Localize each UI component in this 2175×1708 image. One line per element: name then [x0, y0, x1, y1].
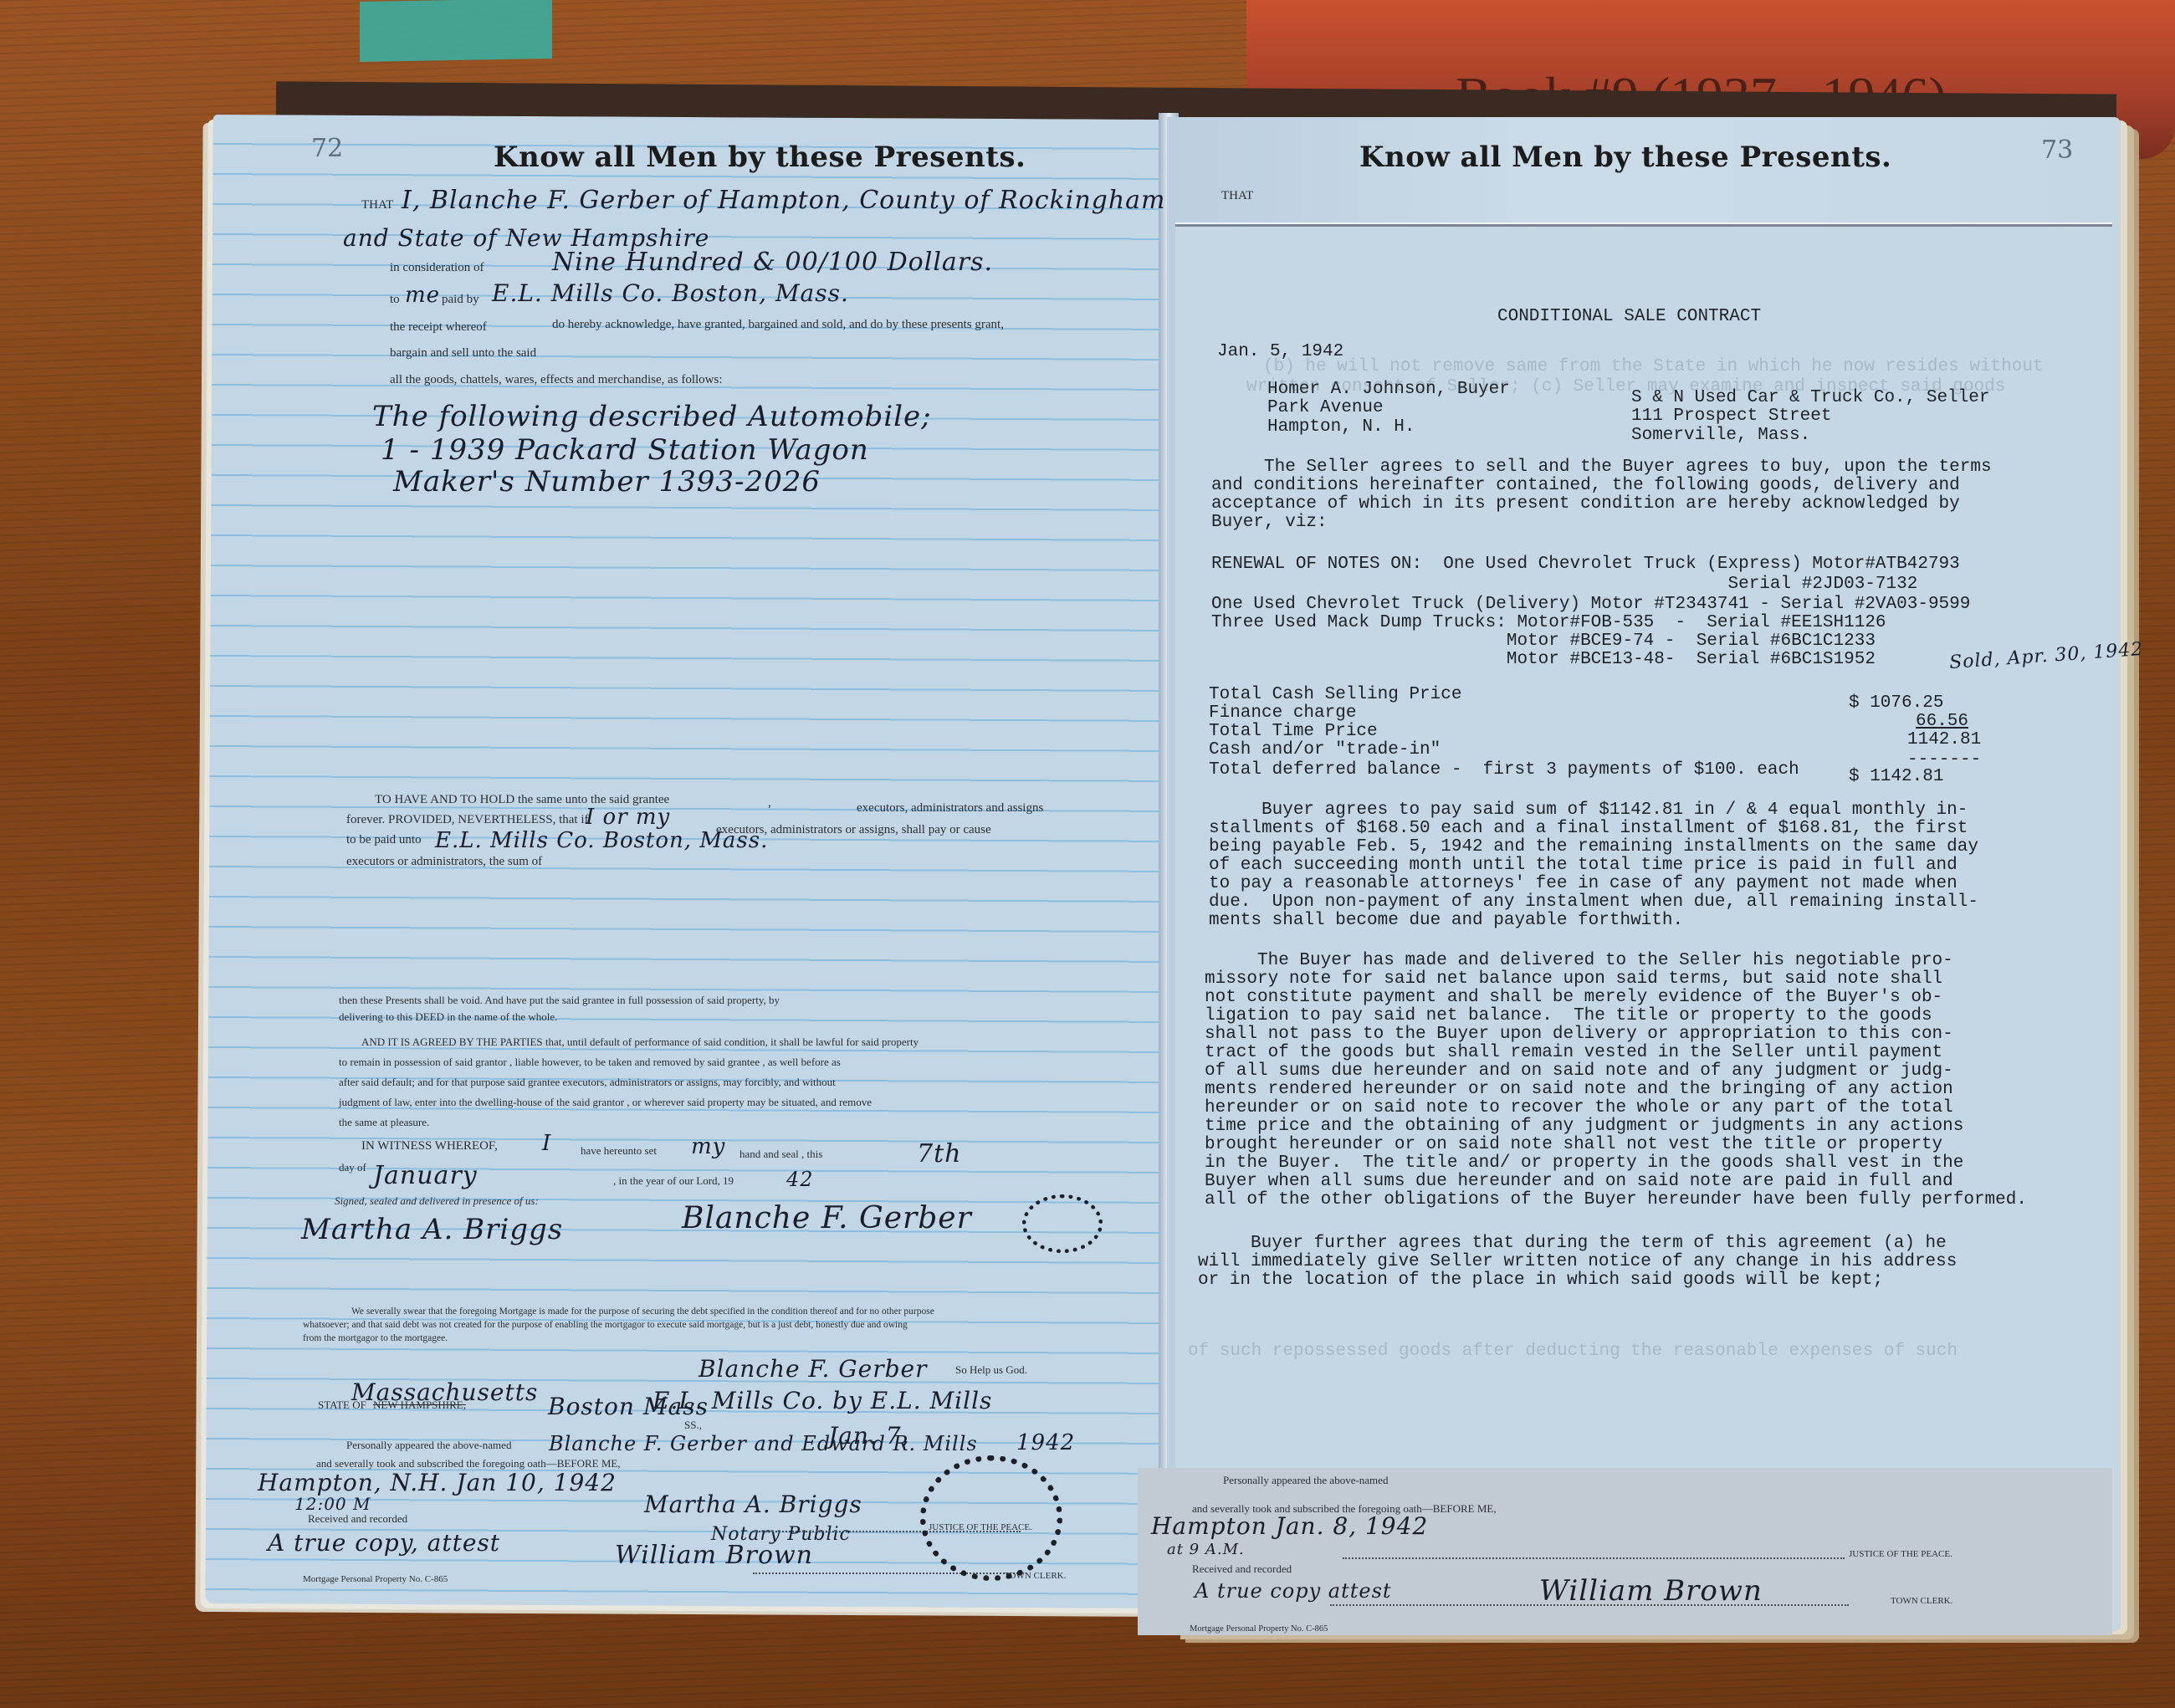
- contract-title: CONDITIONAL SALE CONTRACT: [1497, 308, 1761, 327]
- day-of-label: day of: [339, 1161, 366, 1174]
- right-clerk-label: TOWN CLERK.: [1891, 1596, 1952, 1606]
- intro-line: and conditions hereinafter contained, th…: [1211, 477, 1960, 496]
- total-label: Total Cash Selling Price: [1209, 686, 1461, 705]
- witness-pronoun: I: [542, 1131, 551, 1156]
- state-hand: Massachusetts: [351, 1378, 538, 1406]
- deferred-value: $ 1142.81: [1849, 768, 1943, 787]
- payment-terms-line: to pay a reasonable attorneys' fee in ca…: [1209, 875, 1957, 894]
- witness-label: IN WITNESS WHEREOF,: [361, 1139, 498, 1153]
- witness-signature: Martha A. Briggs: [301, 1213, 563, 1246]
- right-that-label: THAT: [1221, 189, 1253, 203]
- bargain-text: bargain and sell unto the said: [390, 346, 536, 361]
- title-clause-line: all of the other obligations of the Buye…: [1205, 1191, 2027, 1210]
- payment-terms-line: of each succeeding month until the total…: [1209, 857, 1957, 876]
- goods-line: Serial #2JD03-7132: [1211, 575, 1917, 595]
- buyer-name: Homer A. Johnson, Buyer: [1267, 381, 1510, 400]
- that-label: THAT: [361, 198, 393, 212]
- payment-terms-line: due. Upon non-payment of any instalment …: [1209, 893, 1978, 913]
- description-line-3: Maker's Number 1393-2026: [393, 465, 821, 499]
- year-label: , in the year of our Lord, 19: [613, 1174, 734, 1188]
- seller-city: Somerville, Mass.: [1631, 427, 1810, 446]
- oath-year-hand: 1942: [1016, 1430, 1075, 1455]
- consideration-label: in consideration of: [390, 261, 484, 275]
- title-clause-line: brought hereunder or on said note shall …: [1205, 1136, 1942, 1155]
- sum-of-label: executors or administrators, the sum of: [346, 855, 542, 869]
- witness-my: my: [691, 1134, 725, 1159]
- title-clause-line: of all sums due hereunder and on said no…: [1205, 1062, 1953, 1082]
- total-value: $ 1076.25: [1849, 694, 1943, 713]
- goods-line: One Used Chevrolet Truck (Delivery) Moto…: [1211, 596, 1970, 615]
- condition-line: to remain in possession of said grantor …: [339, 1056, 841, 1069]
- further-line: or in the location of the place in which…: [1198, 1271, 1883, 1291]
- bleed-through-text: of such repossessed goods after deductin…: [1188, 1342, 1957, 1362]
- right-page-number: 73: [2041, 136, 2073, 165]
- to-label: to: [390, 293, 400, 307]
- receipt-label: the receipt whereof: [390, 320, 487, 335]
- notary-seal-icon: [920, 1455, 1062, 1581]
- seller-name: S & N Used Car & Truck Co., Seller: [1631, 389, 1989, 408]
- oath-signature-1: Blanche F. Gerber: [699, 1355, 928, 1383]
- oath-line: from the mortgagor to the mortgagee.: [303, 1333, 448, 1343]
- acknowledge-text: do hereby acknowledge, have granted, bar…: [552, 318, 1004, 332]
- condition-line: AND IT IS AGREED BY THE PARTIES that, un…: [361, 1036, 919, 1049]
- intro-line: acceptance of which in its present condi…: [1211, 495, 1960, 514]
- right-form-number: Mortgage Personal Property No. C-865: [1190, 1624, 1328, 1634]
- grantor-signature: Blanche F. Gerber: [682, 1201, 972, 1235]
- title-clause-line: shall not pass to the Buyer upon deliver…: [1205, 1025, 1953, 1045]
- description-line-1: The following described Automobile;: [372, 400, 932, 433]
- right-justice-label: JUSTICE OF THE PEACE.: [1849, 1549, 1952, 1559]
- proviso-hand: I or my: [586, 805, 670, 830]
- bleed-through-text: (b) he will not remove same from the Sta…: [1263, 358, 2044, 377]
- finance-value: 66.56: [1916, 713, 1968, 732]
- county-hand: Boston Mass: [548, 1393, 709, 1420]
- payment-terms-line: ments shall become due and payable forth…: [1209, 912, 1683, 931]
- intro-line: Buyer, viz:: [1211, 514, 1328, 533]
- condition-line: delivering to this DEED in the name of t…: [339, 1010, 557, 1024]
- to-value: me: [405, 283, 440, 308]
- deferred-label: Total deferred balance - first 3 payment…: [1209, 761, 1799, 780]
- trade-in-label: Cash and/or "trade-in": [1209, 741, 1441, 760]
- right-clerk-signature: William Brown: [1539, 1574, 1763, 1608]
- condition-line: the same at pleasure.: [339, 1116, 429, 1129]
- buyer-street: Park Avenue: [1267, 399, 1384, 418]
- habendum-line1-end: executors, administrators and assigns: [857, 801, 1043, 816]
- witness-month: January: [373, 1161, 478, 1190]
- paid-by-label: paid by: [442, 293, 479, 307]
- contract-date: Jan. 5, 1942: [1217, 343, 1343, 362]
- green-tape: [360, 0, 552, 62]
- paid-unto-label: to be paid unto: [346, 833, 422, 847]
- received-label: Received and recorded: [308, 1512, 407, 1526]
- goods-line: RENEWAL OF NOTES ON: One Used Chevrolet …: [1211, 555, 1960, 575]
- right-appeared-label: Personally appeared the above-named: [1223, 1474, 1388, 1487]
- witness-day: 7th: [917, 1139, 961, 1168]
- paid-by-value: E.L. Mills Co. Boston, Mass.: [492, 279, 849, 307]
- witness-year: 42: [786, 1168, 814, 1191]
- right-time-hand: at 9 A.M.: [1167, 1541, 1245, 1558]
- time-price-value: 1142.81: [1907, 731, 1981, 750]
- title-clause-line: missory note for said net balance upon s…: [1205, 970, 1942, 990]
- goods-line: Three Used Mack Dump Trucks: Motor#FOB-5…: [1211, 614, 1886, 633]
- title-clause-line: Buyer when all sums due hereunder and on…: [1205, 1173, 1953, 1192]
- proviso-label: forever. PROVIDED, NEVERTHELESS, that if: [346, 813, 588, 827]
- right-clerk-line: [1330, 1604, 1849, 1606]
- condition-line: then these Presents shall be void. And h…: [339, 994, 780, 1007]
- finance-label: Finance charge: [1209, 704, 1356, 724]
- clerk-signature: William Brown: [615, 1541, 813, 1570]
- title-clause-line: time price and the obtaining of any judg…: [1205, 1117, 1963, 1137]
- seller-street: 111 Prospect Street: [1631, 407, 1831, 427]
- title-clause-line: in the Buyer. The title and/ or property…: [1205, 1154, 1963, 1174]
- right-recorded-hand: Hampton Jan. 8, 1942: [1151, 1512, 1428, 1540]
- right-page-heading: Know all Men by these Presents.: [1359, 141, 1891, 174]
- payment-terms-line: being payable Feb. 5, 1942 and the remai…: [1209, 838, 1978, 857]
- payment-terms-line: Buyer agrees to pay said sum of $1142.81…: [1209, 801, 1968, 821]
- notary-signature: Martha A. Briggs: [644, 1491, 862, 1518]
- signed-label: Signed, sealed and delivered in presence…: [335, 1194, 539, 1208]
- buyer-city: Hampton, N. H.: [1267, 418, 1415, 437]
- habendum-comma: ,: [768, 796, 771, 811]
- payment-terms-line: stallments of $168.50 each and a final i…: [1209, 820, 1968, 839]
- oath-line: whatsoever; and that said debt was not c…: [303, 1320, 908, 1330]
- intro-line: The Seller agrees to sell and the Buyer …: [1211, 458, 1992, 478]
- right-received-label: Received and recorded: [1192, 1562, 1292, 1576]
- oath-line: We severally swear that the foregoing Mo…: [351, 1307, 934, 1317]
- title-clause-line: ligation to pay said net balance. The ti…: [1205, 1007, 1932, 1026]
- title-clause-line: The Buyer has made and delivered to the …: [1205, 952, 1953, 971]
- hereunto-label: have hereunto set: [581, 1144, 657, 1158]
- recorded-hand: Hampton, N.H. Jan 10, 1942: [258, 1469, 617, 1496]
- time-price-label: Total Time Price: [1209, 723, 1378, 742]
- attest-hand: A true copy, attest: [268, 1529, 500, 1557]
- right-justice-line: [1343, 1557, 1845, 1559]
- title-clause-line: not constitute payment and shall be mere…: [1205, 989, 1942, 1008]
- recorded-time-hand: 12:00 M: [294, 1494, 371, 1514]
- further-line: will immediately give Seller written not…: [1198, 1253, 1957, 1272]
- consideration-value: Nine Hundred & 00/100 Dollars.: [552, 248, 993, 277]
- left-page-heading: Know all Men by these Presents.: [494, 141, 1026, 174]
- description-line-2: 1 - 1939 Packard Station Wagon: [381, 433, 869, 467]
- right-page-footer: [1138, 1468, 2112, 1635]
- condition-line: after said default; and for that purpose…: [339, 1076, 836, 1089]
- title-clause-line: tract of the goods but shall remain vest…: [1205, 1044, 1942, 1063]
- so-help-label: So Help us God.: [955, 1363, 1027, 1377]
- title-clause-line: hereunder or on said note to recover the…: [1205, 1099, 1953, 1118]
- goods-line: Motor #BCE9-74 - Serial #6BC1C1233: [1211, 632, 1876, 652]
- further-line: Buyer further agrees that during the ter…: [1198, 1235, 1947, 1254]
- title-clause-line: ments rendered hereunder or on said note…: [1205, 1081, 1953, 1100]
- hand-seal-label: hand and seal , this: [739, 1148, 822, 1161]
- right-attest-hand: A true copy attest: [1195, 1579, 1392, 1603]
- ss-label: SS.,: [684, 1419, 702, 1432]
- left-form-number: Mortgage Personal Property No. C-865: [303, 1574, 448, 1584]
- appeared-label: Personally appeared the above-named: [346, 1439, 511, 1452]
- appeared-hand: Blanche F. Gerber and Edward R. Mills: [549, 1432, 978, 1455]
- left-page-number: 72: [311, 134, 343, 163]
- grantor-line-1: I, Blanche F. Gerber of Hampton, County …: [402, 186, 1166, 215]
- goods-text: all the goods, chattels, wares, effects …: [390, 373, 723, 387]
- goods-line: Motor #BCE13-48- Serial #6BC1S1952: [1211, 651, 1876, 670]
- grantor-seal-icon: [1022, 1194, 1103, 1253]
- condition-line: judgment of law, enter into the dwelling…: [339, 1096, 872, 1109]
- paid-unto-hand: E.L. Mills Co. Boston, Mass.: [435, 828, 768, 853]
